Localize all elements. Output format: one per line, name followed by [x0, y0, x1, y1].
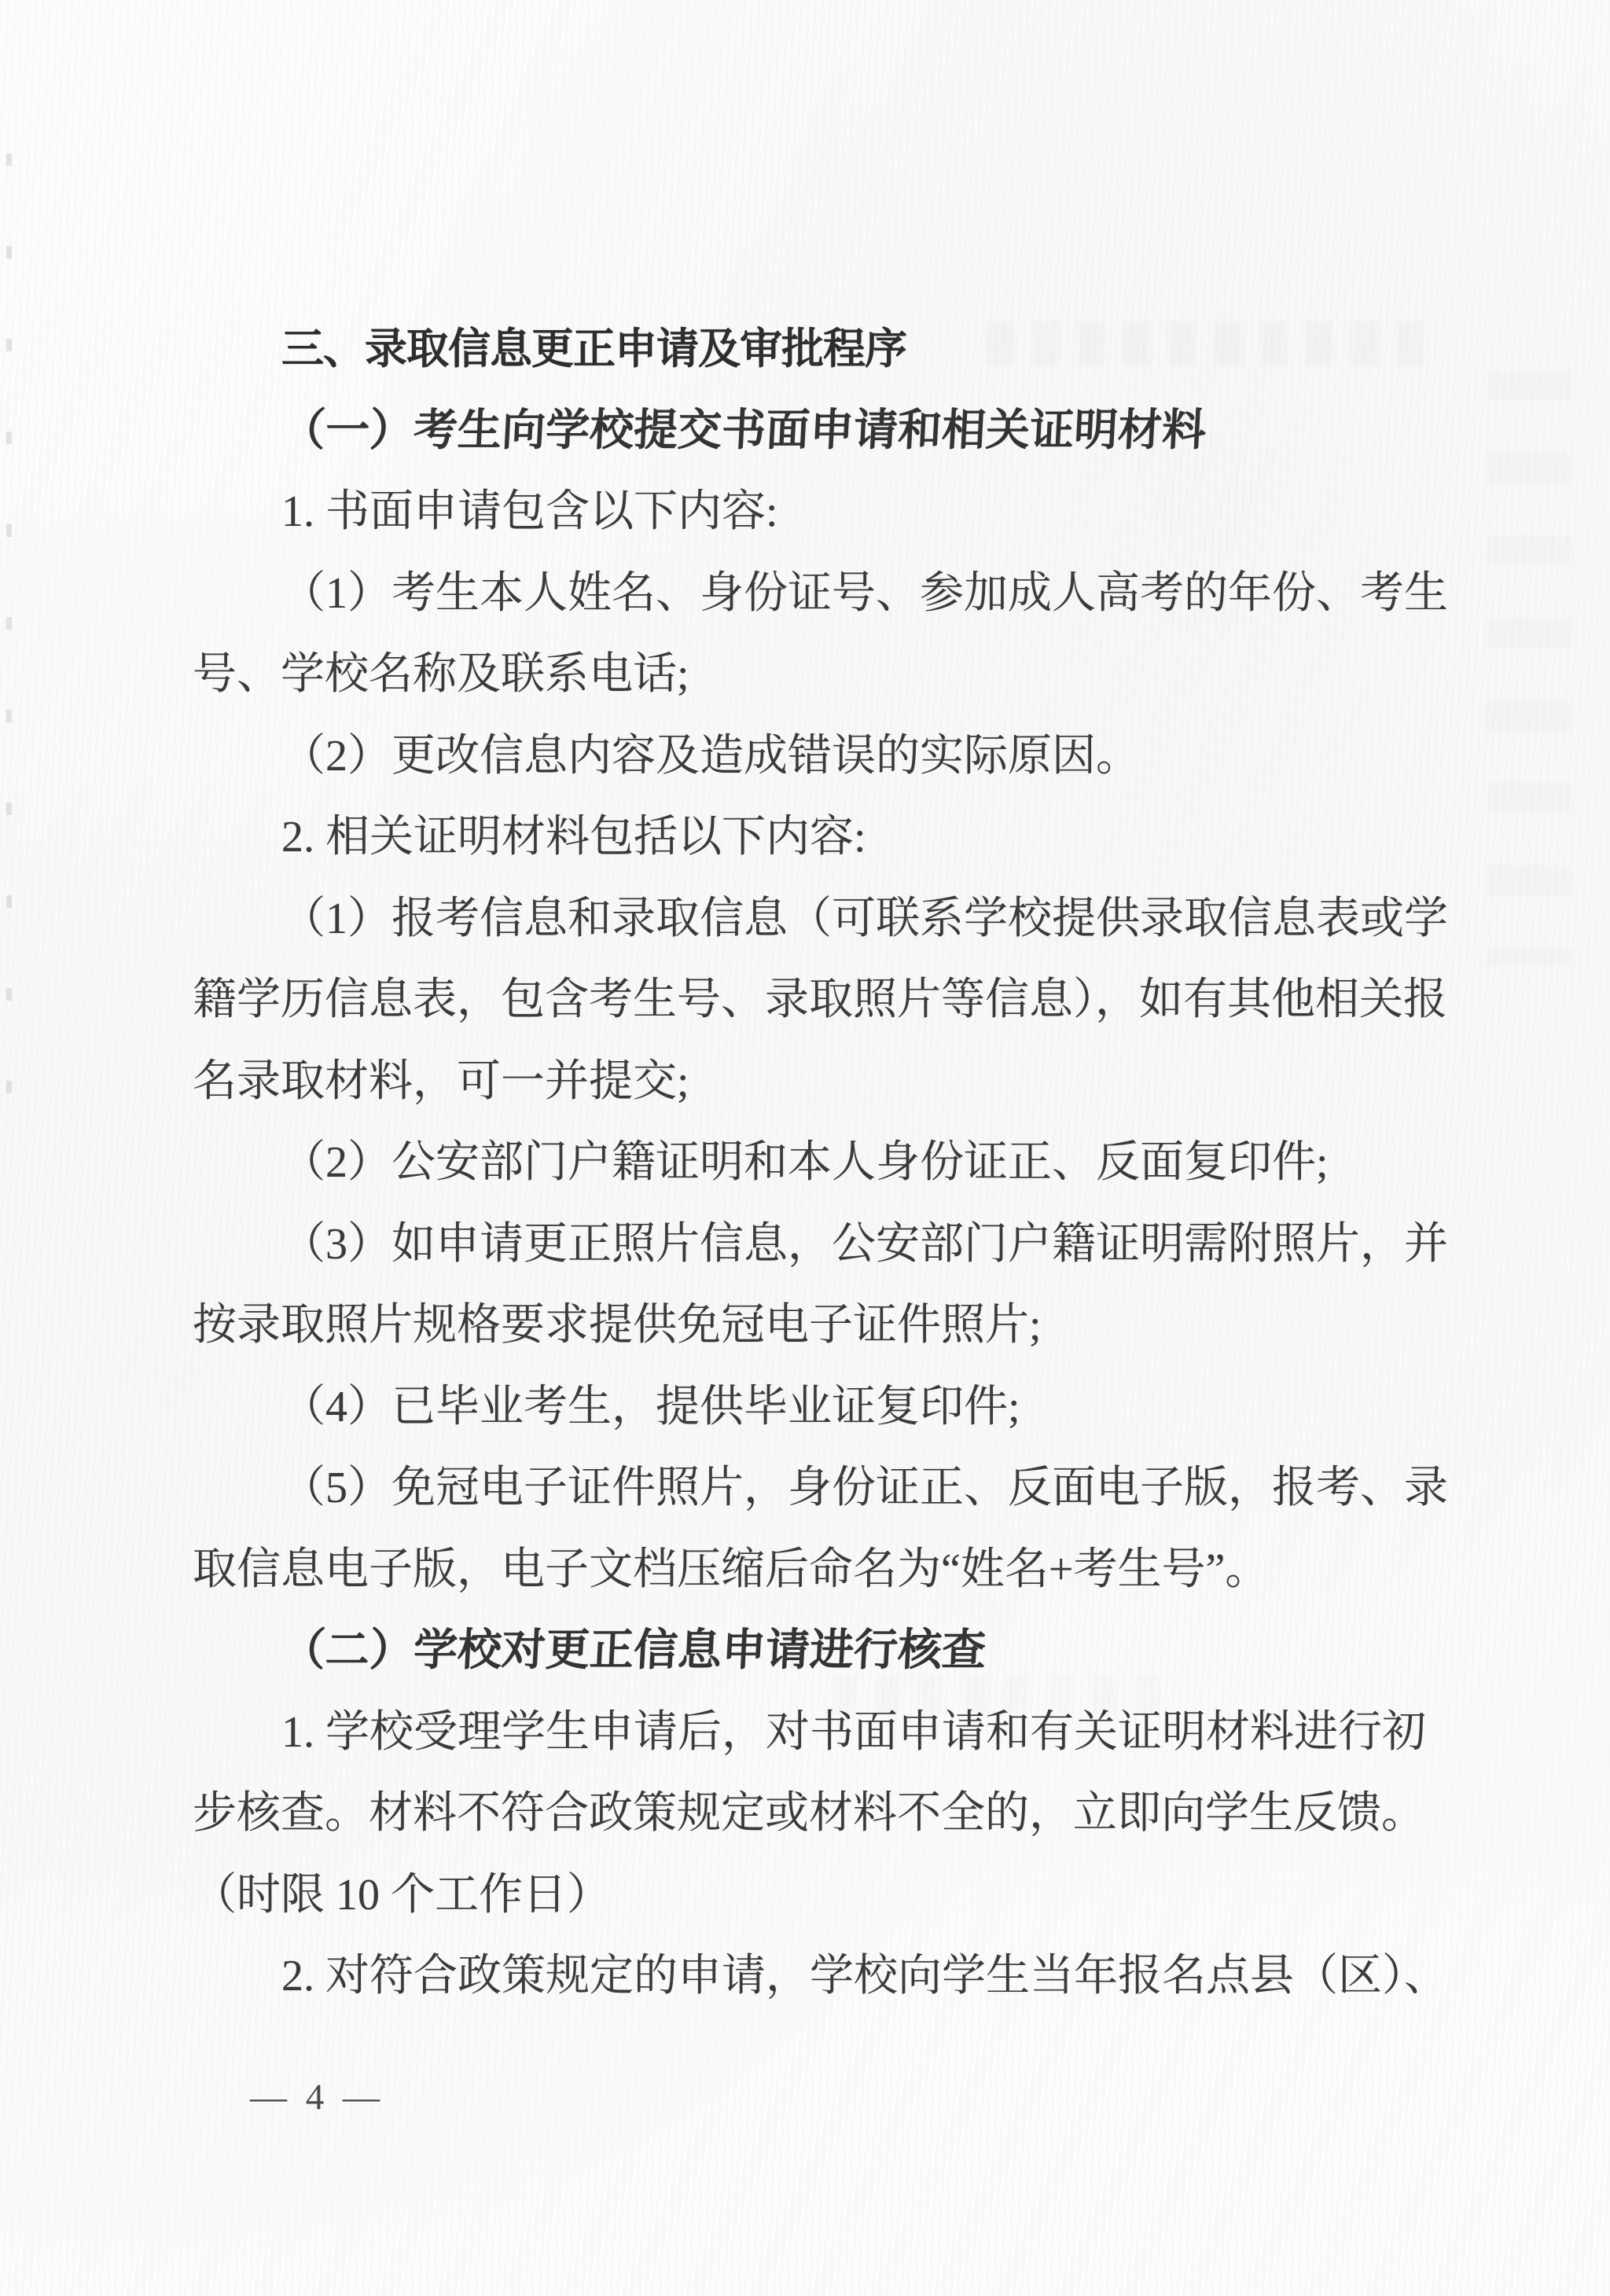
text-line: 1. 学校受理学生申请后，对书面申请和有关证明材料进行初	[193, 1692, 1502, 1774]
text-line: 号、学校名称及联系电话;	[193, 634, 1502, 716]
text-line: （2）更改信息内容及造成错误的实际原因。	[193, 716, 1502, 798]
page-number: — 4 —	[250, 2058, 486, 2136]
scan-artifact-edge-ticks	[6, 153, 12, 1167]
text-line: （时限 10 个工作日）	[193, 1855, 1502, 1937]
text-line: （5）免冠电子证件照片，身份证正、反面电子版，报考、录	[193, 1448, 1502, 1530]
text-line: 2. 相关证明材料包括以下内容:	[193, 797, 1502, 879]
text-line: （2）公安部门户籍证明和本人身份证正、反面复印件;	[193, 1122, 1502, 1204]
text-line: 1. 书面申请包含以下内容:	[193, 472, 1502, 553]
text-line: 名录取材料，可一并提交;	[193, 1041, 1502, 1123]
document-heading: 三、录取信息更正申请及审批程序	[193, 309, 1502, 391]
text-line: 步核查。材料不符合政策规定或材料不全的，立即向学生反馈。	[193, 1773, 1502, 1855]
text-line: （1）报考信息和录取信息（可联系学校提供录取信息表或学	[193, 879, 1502, 961]
text-line: 按录取照片规格要求提供免冠电子证件照片;	[193, 1285, 1502, 1367]
scanned-document-page: 三、录取信息更正申请及审批程序（一）考生向学校提交书面申请和相关证明材料1. 书…	[0, 0, 1610, 2296]
text-line: （3）如申请更正照片信息，公安部门户籍证明需附照片，并	[193, 1204, 1502, 1286]
text-line: （1）考生本人姓名、身份证号、参加成人高考的年份、考生	[193, 553, 1502, 635]
text-line: （一）考生向学校提交书面申请和相关证明材料	[190, 391, 1503, 472]
text-line: 2. 对符合政策规定的申请，学校向学生当年报名点县（区）、	[193, 1936, 1502, 2018]
text-line: （4）已毕业考生，提供毕业证复印件;	[193, 1367, 1502, 1449]
text-line: （二）学校对更正信息申请进行核查	[190, 1611, 1503, 1692]
document-body: 三、录取信息更正申请及审批程序（一）考生向学校提交书面申请和相关证明材料1. 书…	[193, 309, 1502, 2018]
text-line: 籍学历信息表，包含考生号、录取照片等信息），如有其他相关报	[193, 960, 1502, 1041]
text-line: 取信息电子版，电子文档压缩后命名为“姓名+考生号”。	[193, 1530, 1502, 1611]
